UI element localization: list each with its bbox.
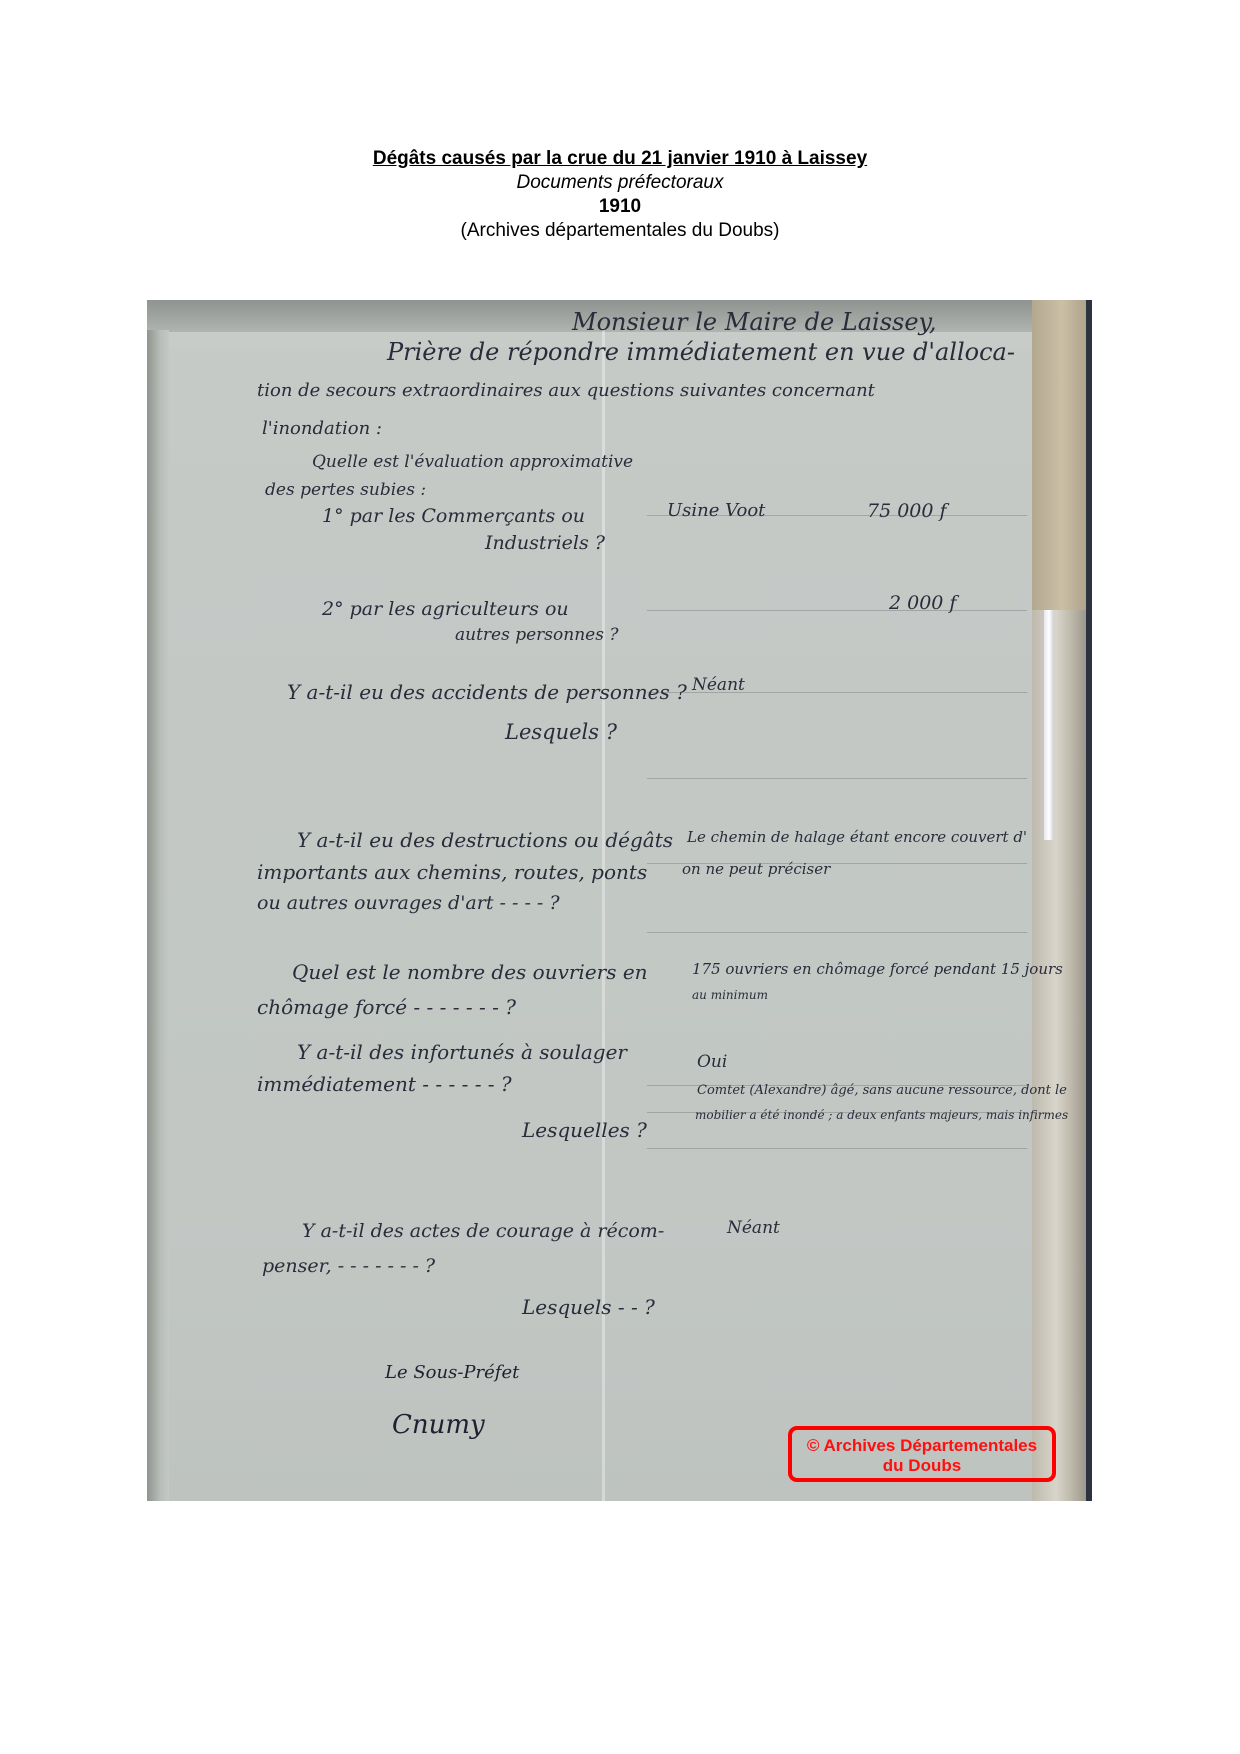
answer-rule [647, 1148, 1027, 1149]
question-4-answer-1: 175 ouvriers en chômage forcé pendant 15… [692, 960, 1063, 978]
question-1a-amount: 75 000 f [867, 500, 947, 522]
question-2-answer: Néant [692, 675, 745, 695]
question-3-line-1: Y a-t-il eu des destructions ou dégâts [297, 828, 673, 852]
question-6-line-1: Y a-t-il des actes de courage à récom- [302, 1220, 664, 1242]
paper-fold-line [602, 330, 605, 1501]
question-6-line-2: penser, - - - - - - - ? [262, 1255, 435, 1277]
answer-rule [647, 778, 1027, 779]
page-edge-highlight [1044, 610, 1054, 840]
question-1b-amount: 2 000 f [889, 592, 956, 614]
question-4-line-2: chômage forcé - - - - - - - ? [257, 995, 516, 1019]
question-5-sub-answer-2: mobilier a été inondé ; a deux enfants m… [695, 1108, 1068, 1122]
question-3-line-3: ou autres ouvrages d'art - - - - ? [257, 892, 560, 914]
intro-line-3: l'inondation : [262, 418, 382, 439]
document-subtitle: Documents préfectoraux [0, 171, 1240, 195]
photo-left-shadow [147, 330, 169, 1501]
copyright-watermark: © Archives Départementales du Doubs [788, 1426, 1056, 1482]
intro-line-1: Prière de répondre immédiatement en vue … [387, 338, 1015, 366]
signature: Cnumy [392, 1410, 485, 1440]
question-4-line-1: Quel est le nombre des ouvriers en [292, 960, 648, 984]
answer-rule [647, 932, 1027, 933]
question-1a-answer: Usine Voot [667, 500, 765, 521]
document-year: 1910 [0, 195, 1240, 219]
watermark-line-2: du Doubs [792, 1456, 1052, 1476]
question-6-answer: Néant [727, 1218, 780, 1238]
question-2-label: Y a-t-il eu des accidents de personnes ? [287, 680, 687, 704]
question-1-line-1: Quelle est l'évaluation approximative [312, 452, 633, 472]
question-6-sub: Lesquels - - ? [522, 1295, 655, 1319]
question-1-line-2: des pertes subies : [265, 480, 426, 500]
answer-rule [647, 610, 1027, 611]
question-3-line-2: importants aux chemins, routes, ponts [257, 860, 647, 884]
question-5-line-2: immédiatement - - - - - - ? [257, 1072, 512, 1096]
question-3-answer-1: Le chemin de halage étant encore couvert… [687, 828, 1027, 846]
addressee: Monsieur le Maire de Laissey, [572, 308, 937, 336]
signature-title: Le Sous-Préfet [385, 1362, 519, 1383]
question-1b-label-2: autres personnes ? [455, 625, 618, 645]
question-5-sub: Lesquelles ? [522, 1118, 647, 1142]
question-5-sub-answer-1: Comtet (Alexandre) âgé, sans aucune ress… [697, 1083, 1067, 1098]
document-header: Dégâts causés par la crue du 21 janvier … [0, 147, 1240, 243]
archival-document-photo: Monsieur le Maire de Laissey, Prière de … [147, 300, 1092, 1501]
paper-stack-top [1032, 300, 1092, 610]
question-2-sub: Lesquels ? [505, 720, 617, 744]
question-5-answer: Oui [697, 1052, 727, 1072]
intro-line-2: tion de secours extraordinaires aux ques… [257, 380, 875, 401]
document-source: (Archives départementales du Doubs) [0, 219, 1240, 243]
question-3-answer-2: on ne peut préciser [682, 860, 830, 878]
document-title: Dégâts causés par la crue du 21 janvier … [0, 147, 1240, 171]
question-5-line-1: Y a-t-il des infortunés à soulager [297, 1040, 627, 1064]
question-4-answer-2: au minimum [692, 988, 768, 1002]
photo-dark-edge [1086, 300, 1092, 1501]
watermark-line-1: © Archives Départementales [792, 1436, 1052, 1456]
question-1a-label: 1° par les Commerçants ou [322, 505, 585, 527]
question-1b-label: 2° par les agriculteurs ou [322, 598, 569, 620]
question-1a-label-2: Industriels ? [485, 532, 605, 554]
